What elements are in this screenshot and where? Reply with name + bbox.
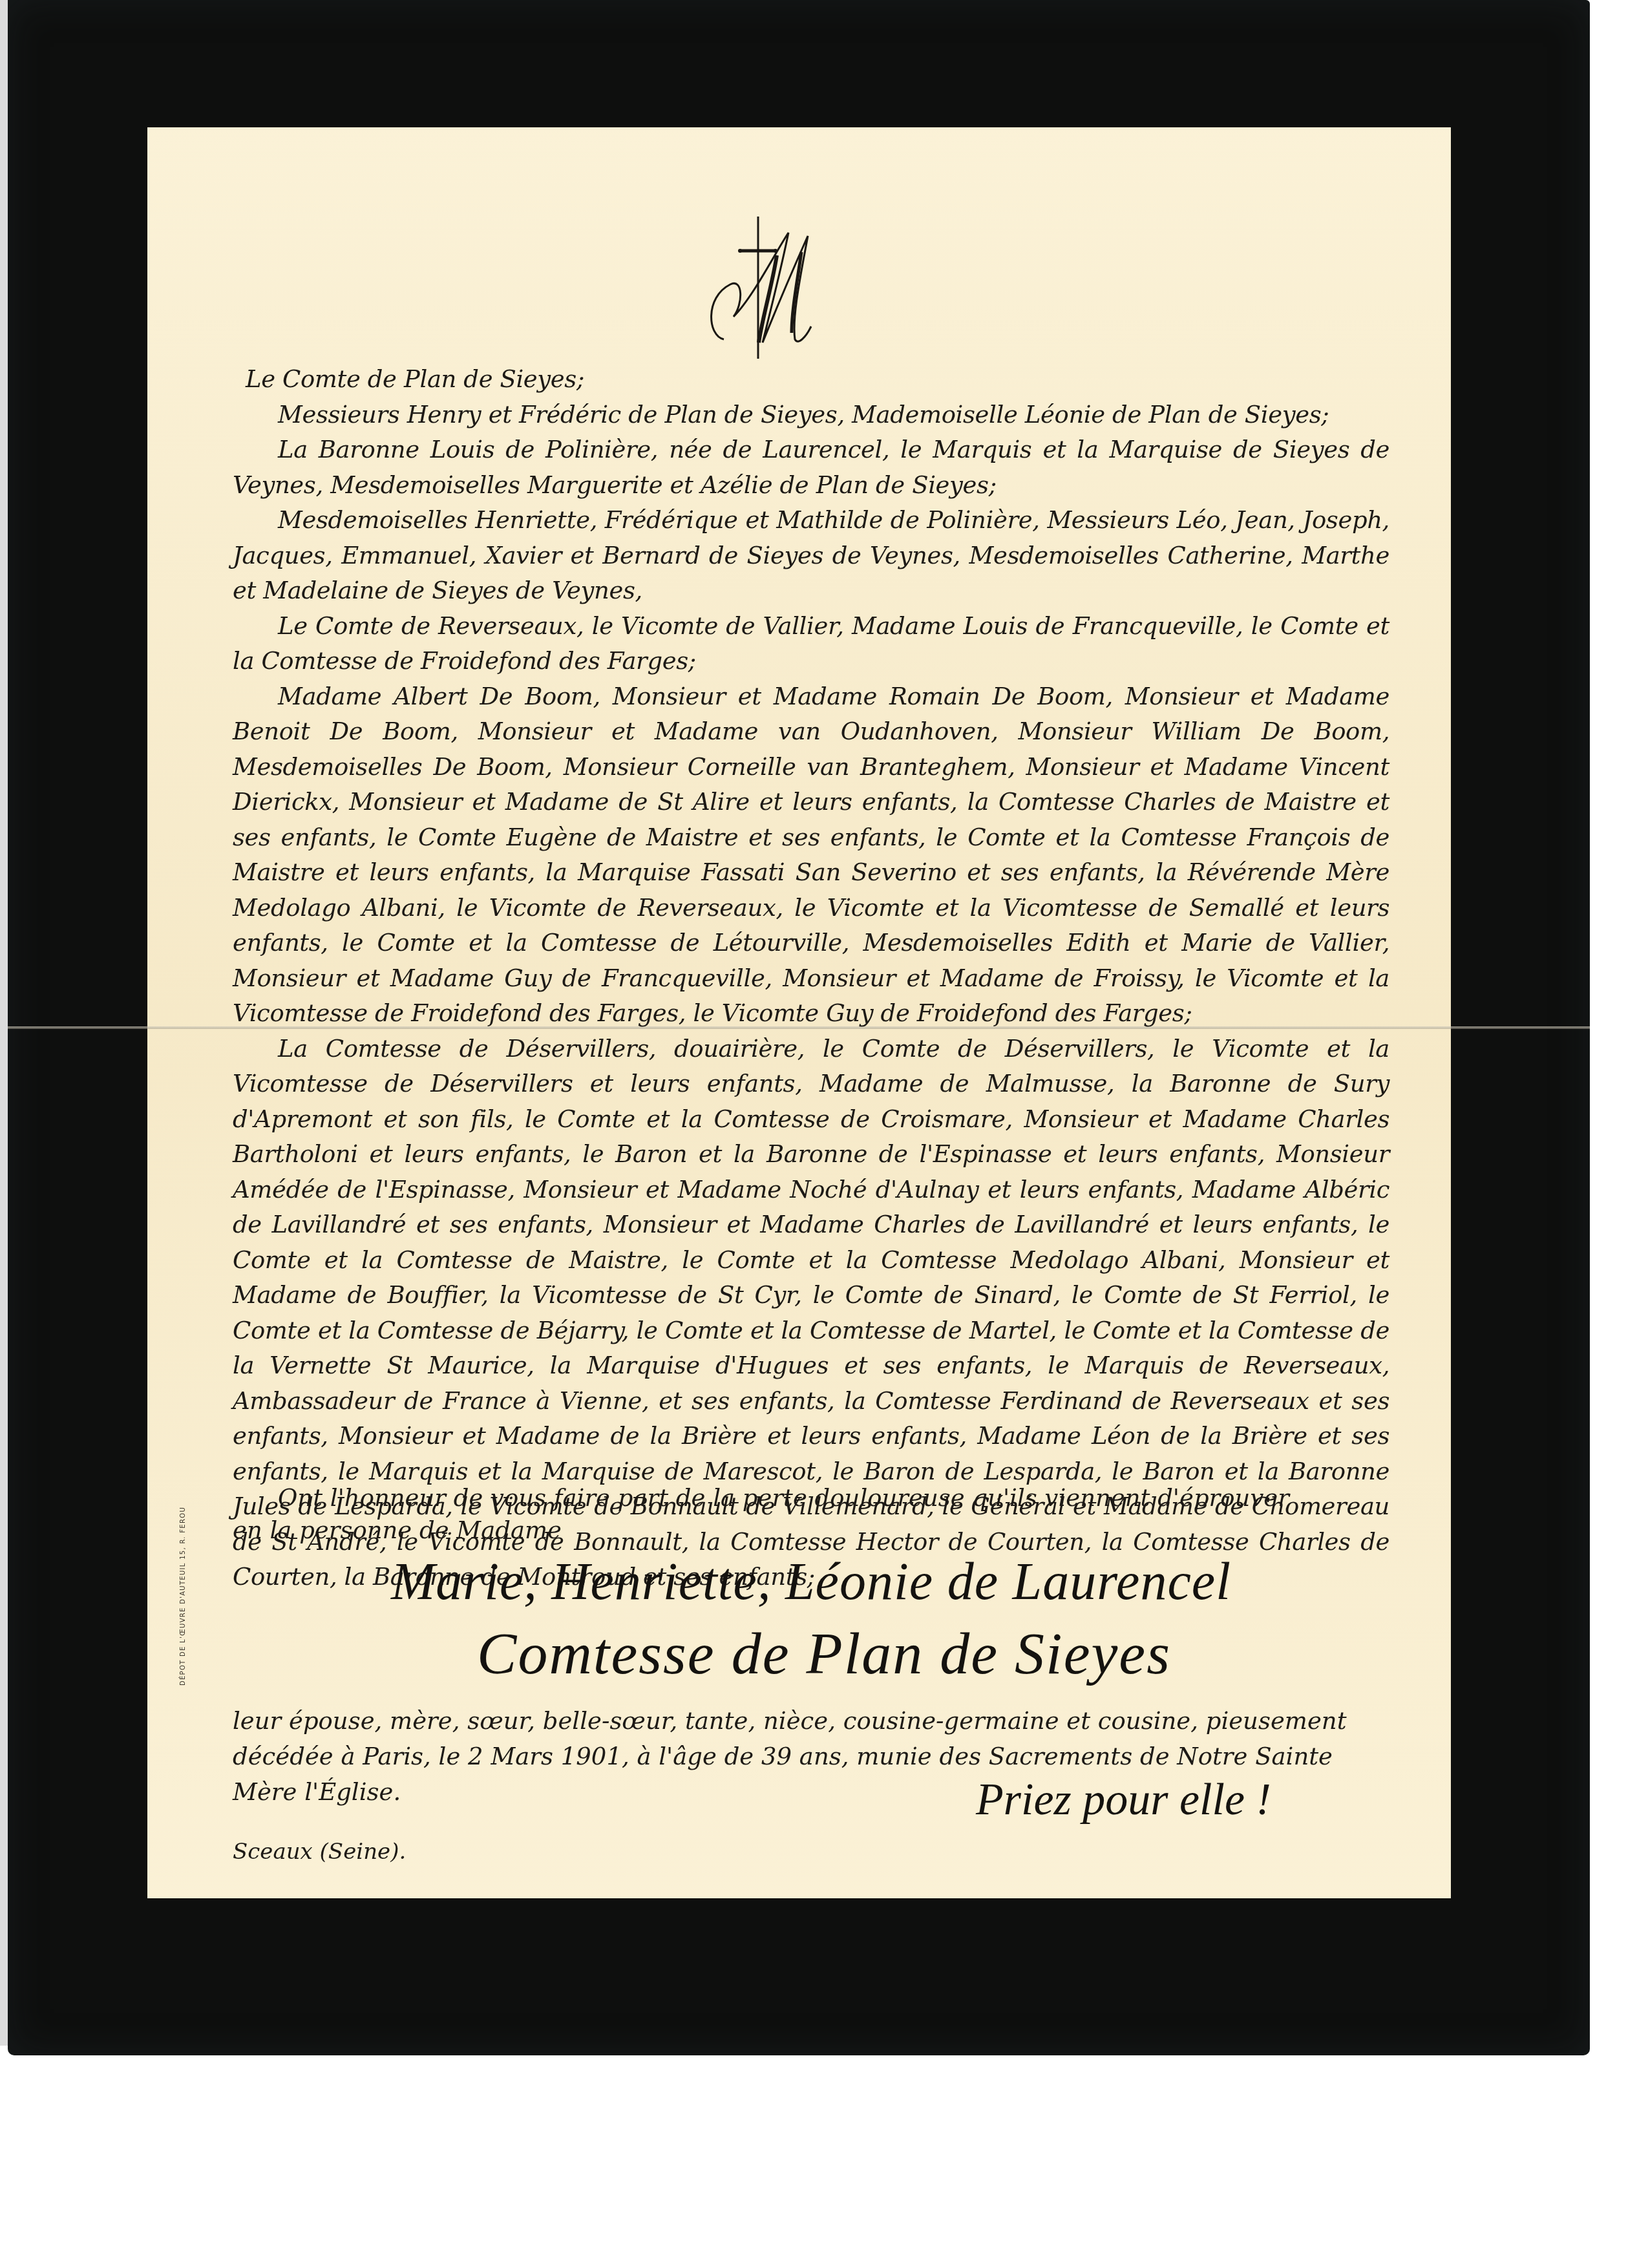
mourner-paragraph: Messieurs Henry et Frédéric de Plan de S… — [233, 397, 1389, 433]
scanner-background — [0, 0, 8, 2046]
mourner-paragraph: Madame Albert De Boom, Monsieur et Madam… — [233, 679, 1389, 1032]
mourner-paragraph: Le Comte de Plan de Sieyes; — [246, 362, 1389, 397]
mourner-paragraph: La Baronne Louis de Polinière, née de La… — [233, 432, 1389, 503]
announcement-line-1: Ont l'honneur de vous faire part de la p… — [233, 1482, 1389, 1514]
mourner-paragraph: Mesdemoiselles Henriette, Frédérique et … — [233, 503, 1389, 609]
cross-icon — [679, 213, 834, 362]
announcement-line-2: en la personne de Madame — [233, 1514, 1389, 1547]
announcement-text: Ont l'honneur de vous faire part de la p… — [233, 1482, 1389, 1547]
location-signature: Sceaux (Seine). — [233, 1839, 406, 1865]
printer-mark: DÉPOT DE L'ŒUVRE D'AUTEUIL 15, R. FEROU — [180, 1507, 187, 1686]
deceased-title: Comtesse de Plan de Sieyes — [233, 1619, 1402, 1688]
deceased-full-name: Marie, Henriette, Léonie de Laurencel — [233, 1551, 1389, 1612]
mourners-list: Le Comte de Plan de Sieyes; Messieurs He… — [233, 362, 1389, 1595]
closing-prayer: Priez pour elle ! — [976, 1774, 1271, 1826]
mourner-paragraph: Le Comte de Reverseaux, le Vicomte de Va… — [233, 609, 1389, 679]
